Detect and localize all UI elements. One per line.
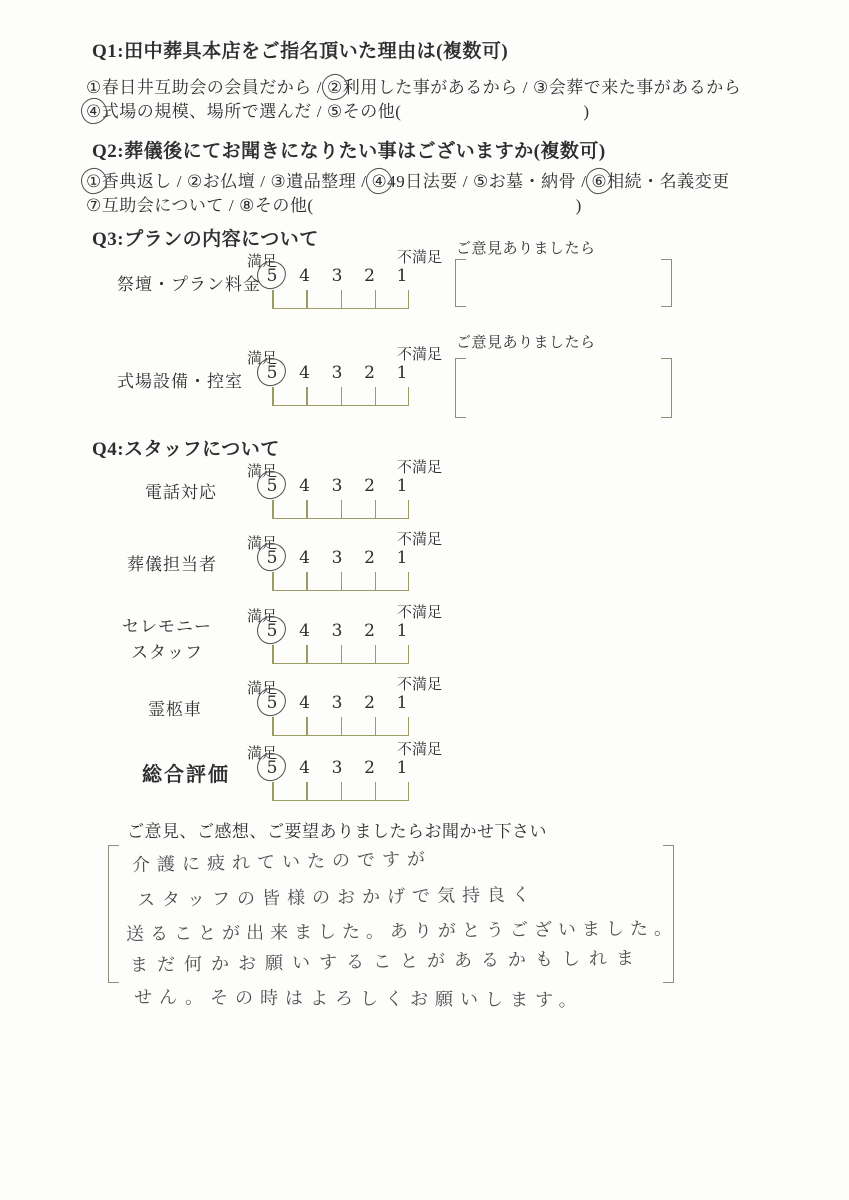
- rating-3: 3: [327, 266, 347, 286]
- scale-ruler: [272, 387, 409, 406]
- comment-box-label: ご意見ありましたら: [456, 331, 596, 352]
- scale-min-label: 不満足: [397, 456, 442, 477]
- rating-4: 4: [295, 621, 315, 641]
- scale-min-label: 不満足: [397, 601, 442, 622]
- rating-1: 1: [392, 266, 412, 286]
- q2-option-7: ⑦互助会について: [86, 196, 224, 215]
- q2-option-6-circled: ⑥相続・名義変更: [591, 172, 729, 191]
- scale-ruler: [272, 645, 409, 664]
- rating-scale-tantosha: 満足 不満足 5 4 3 2 1: [252, 532, 418, 592]
- rating-5-selected: 5: [262, 693, 282, 713]
- scale-ruler: [272, 572, 409, 591]
- rating-4: 4: [295, 758, 315, 778]
- rating-2: 2: [360, 548, 380, 568]
- rating-scale-reikyusha: 満足 不満足 5 4 3 2 1: [252, 677, 418, 737]
- rating-1: 1: [392, 363, 412, 383]
- q2-option-3: ③遺品整理: [270, 172, 356, 191]
- rating-3: 3: [327, 476, 347, 496]
- pen-circle-mark: ①: [86, 172, 102, 192]
- rating-2: 2: [360, 758, 380, 778]
- scale-ruler: [272, 500, 409, 519]
- q2-options-line2: ⑦互助会について/⑧その他(): [86, 191, 582, 216]
- rating-2: 2: [360, 476, 380, 496]
- survey-scan-page: Q1:田中葬具本店をご指名頂いた理由は(複数可) ①春日井互助会の会員だから/②…: [0, 0, 849, 1200]
- scale-min-label: 不満足: [397, 528, 442, 549]
- q2-option-4-circled: ④49日法要: [371, 172, 457, 191]
- rating-scale-denwa: 満足 不満足 5 4 3 2 1: [252, 460, 418, 520]
- pen-circle-mark: ④: [371, 172, 387, 192]
- q4-row-ceremony-staff-label: セレモニー スタッフ: [112, 614, 222, 666]
- q3-title: Q3:プランの内容について: [92, 224, 319, 251]
- q1-options-line2: ④式場の規模、場所で選んだ/⑤その他(): [86, 97, 590, 122]
- rating-4: 4: [295, 693, 315, 713]
- pen-circle-mark: ②: [327, 78, 343, 98]
- comment-box-shikijo: [455, 358, 672, 418]
- q1-option-4-circled: ④式場の規模、場所で選んだ: [86, 102, 312, 121]
- q1-option-5: ⑤その他(: [327, 102, 401, 121]
- q1-option-2-circled: ②利用した事があるから: [327, 78, 518, 97]
- comment-box-label: ご意見ありましたら: [456, 237, 596, 258]
- q4-row-tantosha-label: 葬儀担当者: [127, 550, 217, 575]
- rating-5-selected: 5: [262, 621, 282, 641]
- q3-row-shikijo-label: 式場設備・控室: [117, 367, 243, 392]
- rating-5-selected: 5: [262, 363, 282, 383]
- scale-min-label: 不満足: [397, 246, 442, 267]
- rating-2: 2: [360, 363, 380, 383]
- rating-5-selected: 5: [262, 548, 282, 568]
- scale-ruler: [272, 290, 409, 309]
- q2-option-1-circled: ①香典返し: [86, 172, 172, 191]
- rating-3: 3: [327, 363, 347, 383]
- free-comment-prompt: ご意見、ご感想、ご要望ありましたらお聞かせ下さい: [127, 817, 547, 842]
- scale-min-label: 不満足: [397, 738, 442, 759]
- rating-3: 3: [327, 758, 347, 778]
- rating-1: 1: [392, 621, 412, 641]
- rating-4: 4: [295, 548, 315, 568]
- rating-5-selected: 5: [262, 266, 282, 286]
- q2-options-line1: ①香典返し/②お仏壇/③遺品整理/④49日法要/⑤お墓・納骨/⑥相続・名義変更: [86, 167, 730, 192]
- rating-1: 1: [392, 476, 412, 496]
- rating-scale-shikijo: 満足 不満足 5 4 3 2 1: [252, 347, 418, 407]
- q3-row-saidan-plan-label: 祭壇・プラン料金: [117, 270, 261, 295]
- handwritten-comment-line: せん。その時はよろしくお願いします。: [134, 983, 584, 1012]
- rating-4: 4: [295, 476, 315, 496]
- rating-scale-saidan-plan: 満足 不満足 5 4 3 2 1: [252, 250, 418, 310]
- pen-circle-mark: ⑥: [591, 172, 607, 192]
- q2-title: Q2:葬儀後にてお聞きになりたい事はございますか(複数可): [92, 136, 606, 163]
- scale-ruler: [272, 717, 409, 736]
- rating-5-selected: 5: [262, 476, 282, 496]
- rating-1: 1: [392, 548, 412, 568]
- rating-2: 2: [360, 693, 380, 713]
- q2-option-5: ⑤お墓・納骨: [473, 172, 576, 191]
- handwritten-comment-line: スタッフの皆様のおかげで気持良く: [137, 880, 537, 912]
- scale-min-label: 不満足: [397, 673, 442, 694]
- rating-3: 3: [327, 693, 347, 713]
- scale-min-label: 不満足: [397, 343, 442, 364]
- rating-1: 1: [392, 693, 412, 713]
- q4-row-reikyusha-label: 霊柩車: [148, 695, 202, 720]
- rating-scale-overall: 満足 不満足 5 4 3 2 1: [252, 742, 418, 802]
- overall-rating-label: 総合評価: [142, 758, 230, 787]
- q4-title: Q4:スタッフについて: [92, 434, 280, 461]
- q1-options-line1: ①春日井互助会の会員だから/②利用した事があるから/③会葬で来た事があるから: [86, 73, 741, 98]
- rating-3: 3: [327, 621, 347, 641]
- rating-3: 3: [327, 548, 347, 568]
- comment-box-saidan-plan: [455, 259, 672, 307]
- rating-scale-ceremony-staff: 満足 不満足 5 4 3 2 1: [252, 605, 418, 665]
- rating-4: 4: [295, 363, 315, 383]
- q1-title: Q1:田中葬具本店をご指名頂いた理由は(複数可): [92, 36, 508, 63]
- q2-option-2: ②お仏壇: [187, 172, 255, 191]
- q1-option-3: ③会葬で来た事があるから: [533, 78, 741, 97]
- scale-ruler: [272, 782, 409, 801]
- q4-row-denwa-label: 電話対応: [145, 478, 217, 503]
- rating-2: 2: [360, 621, 380, 641]
- q2-option-8: ⑧その他(: [239, 196, 313, 215]
- rating-5-selected: 5: [262, 758, 282, 778]
- rating-1: 1: [392, 758, 412, 778]
- rating-2: 2: [360, 266, 380, 286]
- pen-circle-mark: ④: [86, 102, 102, 122]
- q1-option-1: ①春日井互助会の会員だから: [86, 78, 312, 97]
- rating-4: 4: [295, 266, 315, 286]
